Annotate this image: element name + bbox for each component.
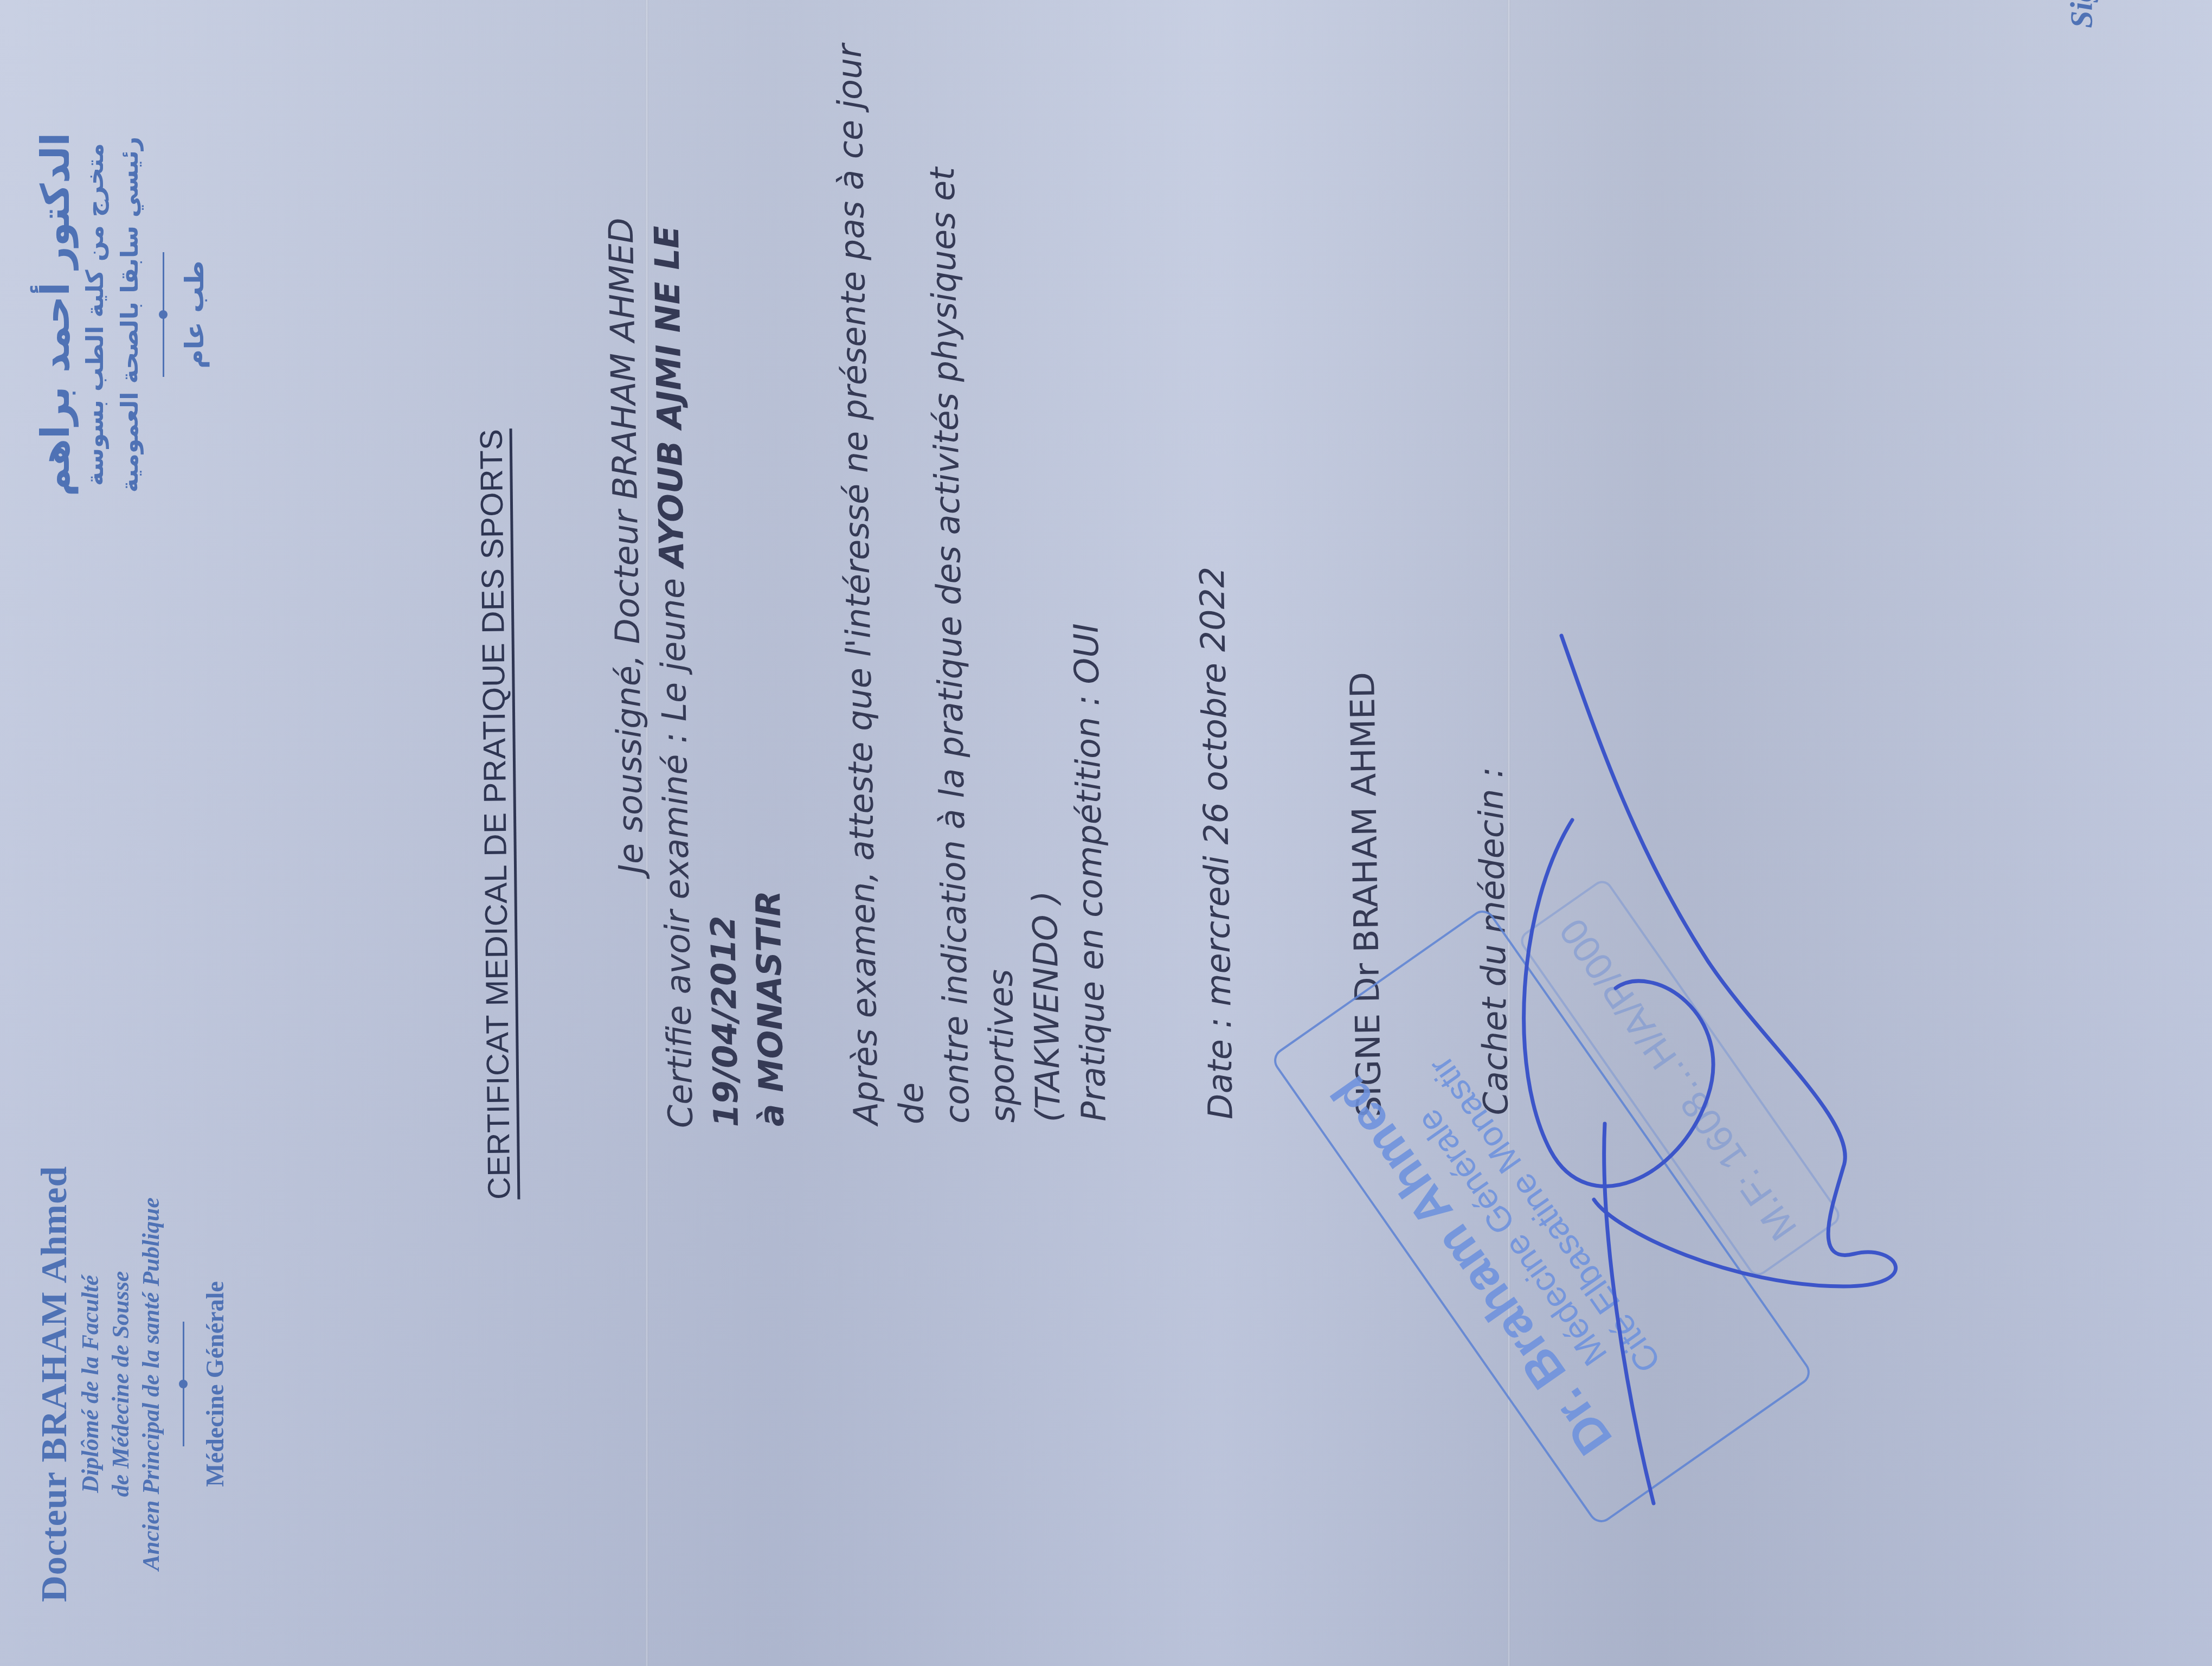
specialty-ar: طب عام	[179, 43, 210, 586]
ornament-divider	[163, 252, 164, 377]
competition-label: Pratique en compétition :	[1067, 684, 1114, 1122]
certificate-page: Docteur BRAHAM Ahmed Diplômé de la Facul…	[0, 0, 2212, 1666]
credential-line: Diplômé de la Faculté	[75, 1140, 106, 1628]
doctor-name-fr: Docteur BRAHAM Ahmed	[33, 1140, 75, 1628]
letterhead-arabic: الدكتور أحمد براهم متخرج من كلية الطب بس…	[33, 43, 210, 586]
ornament-divider	[183, 1322, 184, 1446]
printed-signature: Signe Dr. Braham Ahmed	[2057, 0, 2100, 28]
examined-line: Certifie avoir examiné : Le jeune AYOUB …	[641, 15, 749, 1128]
attestation-line: Après examen, atteste que l'intéressé ne…	[826, 12, 935, 1125]
letterhead-french: Docteur BRAHAM Ahmed Diplômé de la Facul…	[33, 1140, 229, 1628]
certificate-title: CERTIFICAT MEDICAL DE PRATIQUE DES SPORT…	[473, 428, 518, 1200]
examined-prefix: Certifie avoir examiné : Le jeune	[652, 567, 700, 1129]
competition-value: OUI	[1066, 623, 1107, 685]
specialty-fr: Médecine Générale	[201, 1140, 229, 1628]
credential-line-ar: رئيسي سابقا بالصحة العمومية	[113, 43, 147, 586]
doctor-name-ar: الدكتور أحمد براهم	[33, 43, 78, 586]
credential-line: Ancien Principal de la santé Publique	[136, 1140, 166, 1628]
credential-line-ar: متخرج من كلية الطب بسوسة	[78, 43, 113, 586]
attestation-line: contre indication à la pratique des acti…	[917, 11, 1026, 1124]
credential-line: de Médecine de Sousse	[106, 1140, 136, 1628]
certificate-body: Je soussigné, Docteur BRAHAM AHMED Certi…	[595, 3, 1519, 1129]
